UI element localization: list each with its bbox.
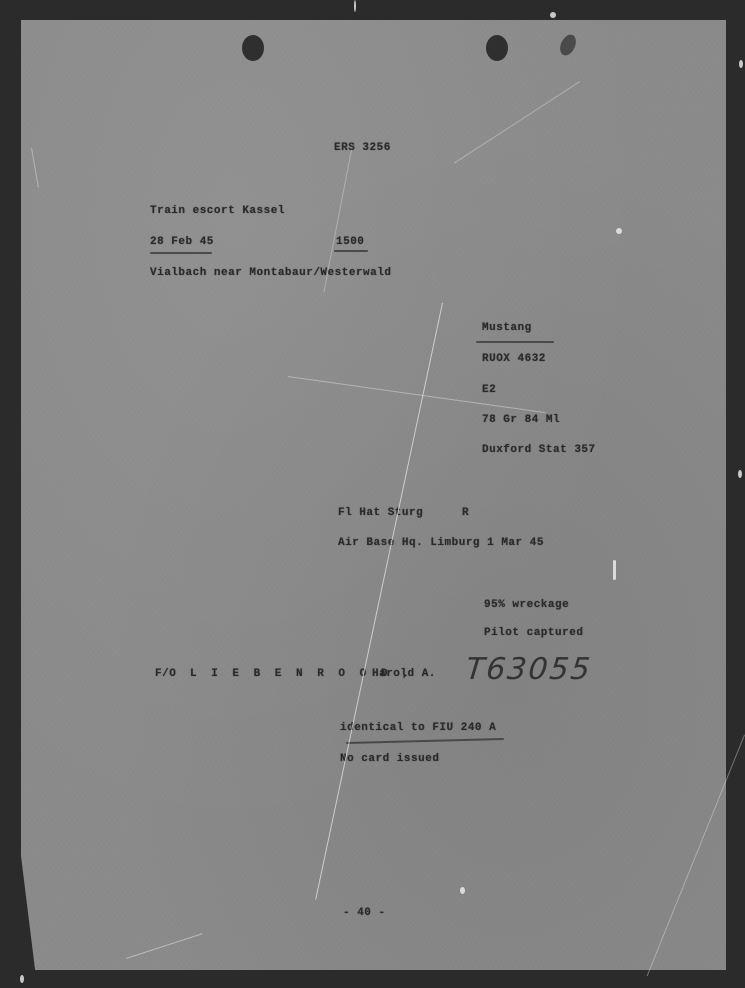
aircraft-code: E2 [482,384,496,396]
pilot-status-text: Pilot captured [484,627,583,639]
time-text: 1500 [336,236,364,248]
aircraft-group: 78 Gr 84 Ml [482,414,560,426]
aircraft-type-underline [476,341,554,343]
date-text: 28 Feb 45 [150,236,214,248]
dust-speck [613,560,616,580]
torn-mark [557,32,579,58]
document-page [21,20,726,970]
page-number: - 40 - [343,907,386,919]
date-underline [150,252,212,254]
identification-text: identical to FIU 240 A [340,722,496,734]
dust-speck [616,228,622,234]
dust-speck [354,0,356,12]
punch-hole-right [486,35,508,61]
aircraft-serial: RUOX 4632 [482,353,546,365]
location-text: Vialbach near Montabaur/Westerwald [150,267,391,279]
card-note: No card issued [340,753,439,765]
time-underline [334,250,368,252]
dust-speck [550,12,556,18]
mission-text: Train escort Kassel [150,205,285,217]
pilot-rank: F/O [155,668,176,680]
wreckage-text: 95% wreckage [484,599,569,611]
pilot-given-name: Harold A. [372,668,436,680]
punch-hole-left [242,35,264,61]
aircraft-station: Duxford Stat 357 [482,444,596,456]
dust-speck [739,60,743,68]
report-source: Fl Hat Sturg [338,507,423,519]
report-unit-date: Air Base Hq. Limburg 1 Mar 45 [338,537,544,549]
aircraft-type: Mustang [482,322,532,334]
report-source-code: R [462,507,469,519]
handwritten-number: T63055 [464,652,593,687]
dust-speck [20,975,24,983]
reference-number: ERS 3256 [334,142,391,154]
dust-speck [738,470,742,478]
dust-speck [460,887,465,894]
